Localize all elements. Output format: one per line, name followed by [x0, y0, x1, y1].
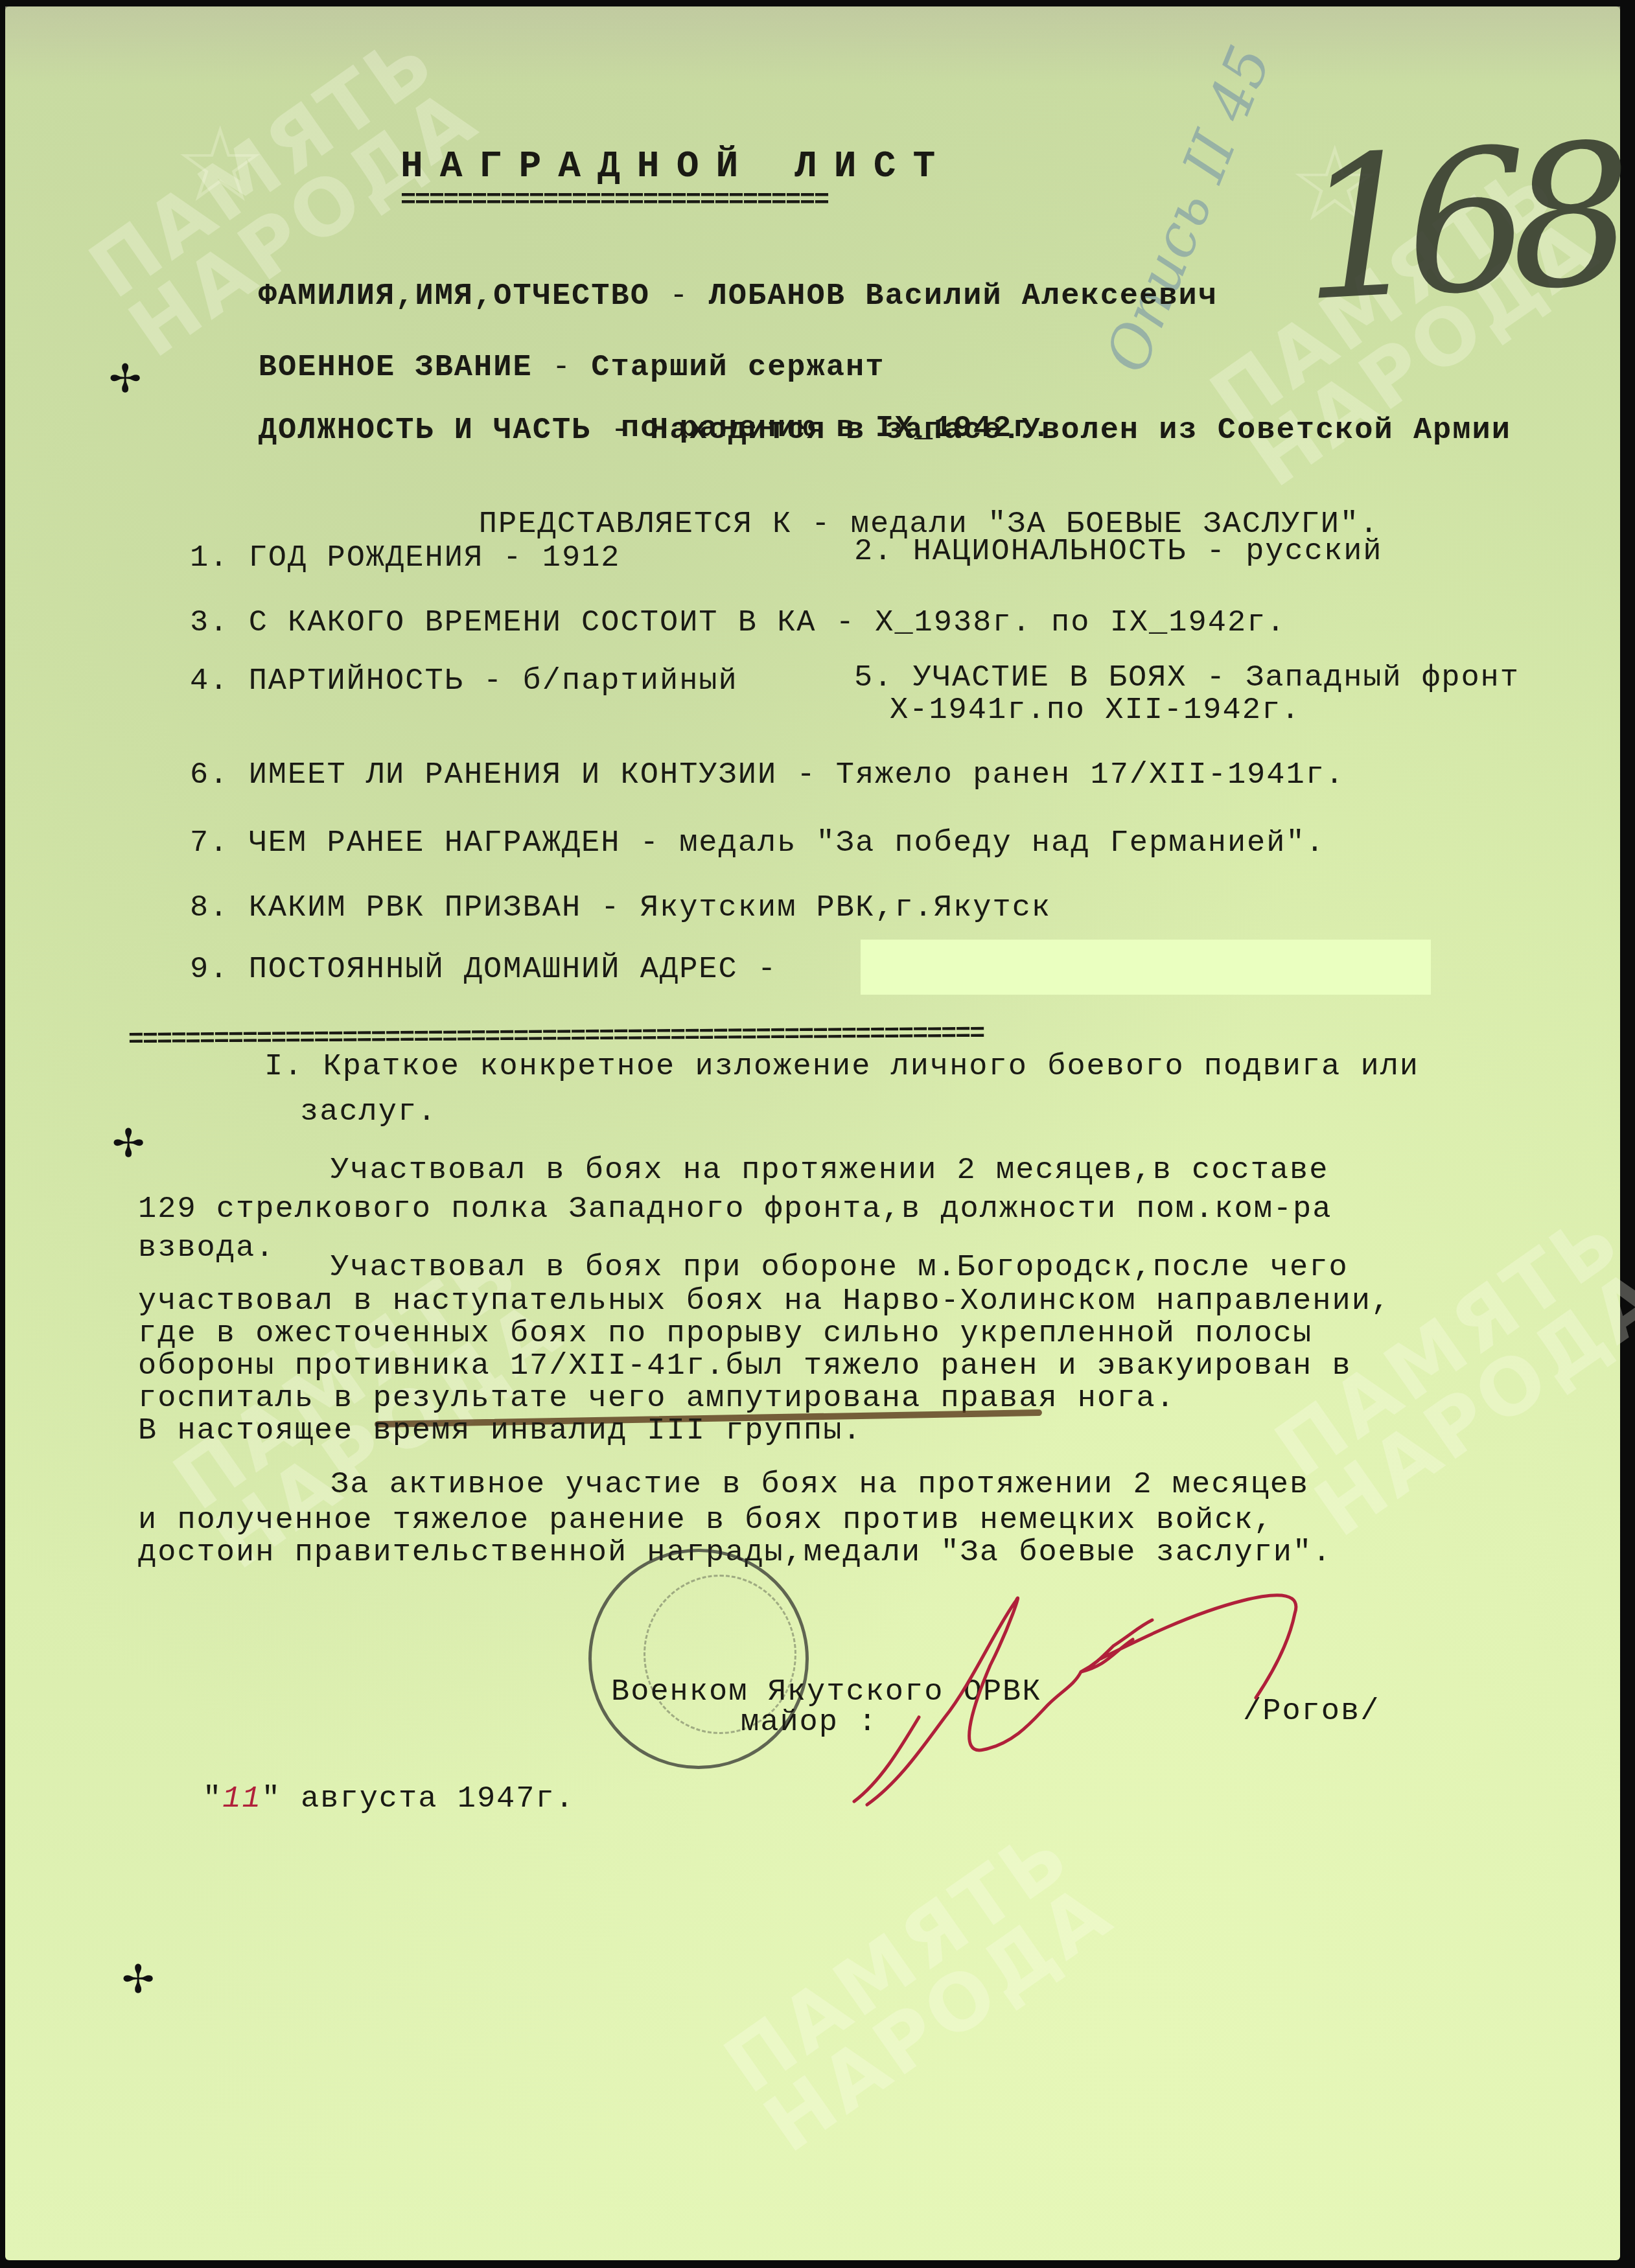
item-2: 2. НАЦИОНАЛЬНОСТЬ - русский [854, 535, 1383, 569]
narrative-line: За активное участие в боях на протяжении… [135, 1468, 1309, 1502]
narrative-line: где в ожесточенных боях по прорыву сильн… [138, 1317, 1312, 1351]
archive-number: 168 [1295, 102, 1619, 345]
narrative-line: и полученное тяжелое ранение в боях прот… [138, 1503, 1273, 1538]
narrative-line: Участвовал в боях при обороне м.Богородс… [135, 1251, 1349, 1285]
narrative-line: участвовал в наступательных боях на Нарв… [138, 1284, 1391, 1319]
section-heading-line2: заслуг. [300, 1095, 437, 1129]
binding-hole-icon: ✢ [109, 356, 141, 402]
full-name: ЛОБАНОВ Василий Алексеевич [709, 279, 1218, 314]
binding-hole-icon: ✢ [122, 1957, 154, 2002]
item-5-line2: X-1941г.по XII-1942г. [890, 693, 1301, 728]
item-3: 3. С КАКОГО ВРЕМЕНИ СОСТОИТ В КА - X_193… [190, 606, 1286, 640]
item-4: 4. ПАРТИЙНОСТЬ - б/партийный [190, 664, 738, 699]
redacted-address [861, 940, 1431, 995]
watermark: ПАМЯТЬ НАРОДА [713, 1816, 1124, 2162]
narrative-line: В настоящее время инвалид III группы. [138, 1414, 863, 1448]
handwritten-signature [828, 1588, 1463, 1821]
narrative-line: Участвовал в боях на протяжении 2 месяце… [135, 1153, 1328, 1188]
date-day: 11 [222, 1782, 261, 1816]
document-date: "11" августа 1947г. [203, 1782, 575, 1816]
narrative-line: обороны противника 17/XII-41г.был тяжело… [138, 1349, 1352, 1383]
section-divider: ========================================… [128, 1015, 1573, 1055]
item-1: 1. ГОД РОЖДЕНИЯ - 1912 [190, 541, 621, 575]
item-6: 6. ИМЕЕТ ЛИ РАНЕНИЯ И КОНТУЗИИ - Тяжело … [190, 758, 1345, 793]
item-8: 8. КАКИМ РВК ПРИЗВАН - Якутским РВК,г.Як… [190, 891, 1051, 925]
field-position-line2: по ранению в IX_1942г. [621, 411, 1052, 446]
star-watermark-icon: ☆ [174, 104, 266, 225]
award-sheet-paper: ПАМЯТЬ НАРОДА ПАМЯТЬ НАРОДА ПАМЯТЬ НАРОД… [5, 6, 1620, 2260]
title-divider: ============================== [400, 187, 1003, 216]
page-title: НАГРАДНОЙ ЛИСТ [400, 146, 952, 188]
section-heading: I. Краткое конкретное изложение личного … [264, 1050, 1419, 1084]
item-9: 9. ПОСТОЯННЫЙ ДОМАШНИЙ АДРЕС - [190, 953, 796, 987]
item-5: 5. УЧАСТИЕ В БОЯХ - Западный фронт [854, 661, 1520, 695]
narrative-line: 129 стрелкового полка Западного фронта,в… [138, 1192, 1332, 1227]
item-7: 7. ЧЕМ РАНЕЕ НАГРАЖДЕН - медаль "За побе… [190, 826, 1325, 861]
